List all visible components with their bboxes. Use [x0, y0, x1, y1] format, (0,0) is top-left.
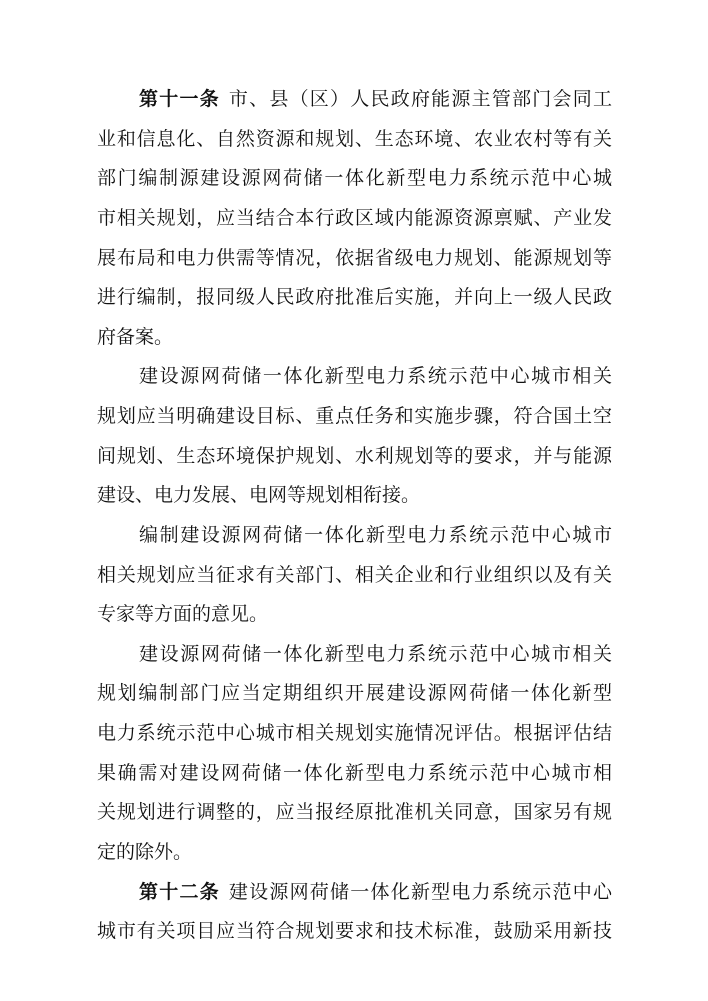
paragraph: 编制建设源网荷储一体化新型电力系统示范中心城市 相关规划应当征求有关部门、相关企…: [97, 516, 612, 635]
text-line: 展布局和电力供需等情况，依据省级电力规划、能源规划等: [97, 239, 612, 279]
text-line: 专家等方面的意见。: [97, 595, 612, 635]
text-line: 间规划、生态环境保护规划、水利规划等的要求，并与能源: [97, 437, 612, 477]
text-line: 果确需对建设网荷储一体化新型电力系统示范中心城市相: [97, 754, 612, 794]
paragraph: 第十二条建设源网荷储一体化新型电力系统示范中心 城市有关项目应当符合规划要求和技…: [97, 873, 612, 952]
text-line: 建设源网荷储一体化新型电力系统示范中心城市相关: [97, 635, 612, 675]
article-number-label: 第十一条: [139, 88, 220, 110]
text-line: 编制建设源网荷储一体化新型电力系统示范中心城市: [97, 516, 612, 556]
text-line: 相关规划应当征求有关部门、相关企业和行业组织以及有关: [97, 556, 612, 596]
line-text: 建设源网荷储一体化新型电力系统示范中心: [229, 881, 612, 903]
text-line: 市相关规划，应当结合本行政区域内能源资源禀赋、产业发: [97, 199, 612, 239]
text-line: 第十一条市、县（区）人民政府能源主管部门会同工: [97, 80, 612, 120]
text-line: 建设源网荷储一体化新型电力系统示范中心城市相关: [97, 357, 612, 397]
text-line: 府备案。: [97, 318, 612, 358]
paragraph: 第十一条市、县（区）人民政府能源主管部门会同工 业和信息化、自然资源和规划、生态…: [97, 80, 612, 357]
text-line: 定的除外。: [97, 833, 612, 873]
text-line: 规划编制部门应当定期组织开展建设源网荷储一体化新型: [97, 674, 612, 714]
text-line: 关规划进行调整的，应当报经原批准机关同意，国家另有规: [97, 793, 612, 833]
line-text: 市、县（区）人民政府能源主管部门会同工: [229, 88, 612, 110]
text-line: 规划应当明确建设目标、重点任务和实施步骤，符合国土空: [97, 397, 612, 437]
text-line: 部门编制源建设源网荷储一体化新型电力系统示范中心城: [97, 159, 612, 199]
paragraph: 建设源网荷储一体化新型电力系统示范中心城市相关 规划应当明确建设目标、重点任务和…: [97, 357, 612, 516]
document-page: 第十一条市、县（区）人民政府能源主管部门会同工 业和信息化、自然资源和规划、生态…: [0, 0, 708, 1001]
text-line: 建设、电力发展、电网等规划相衔接。: [97, 476, 612, 516]
text-line: 城市有关项目应当符合规划要求和技术标准，鼓励采用新技: [97, 912, 612, 952]
text-line: 电力系统示范中心城市相关规划实施情况评估。根据评估结: [97, 714, 612, 754]
text-line: 第十二条建设源网荷储一体化新型电力系统示范中心: [97, 873, 612, 913]
text-line: 业和信息化、自然资源和规划、生态环境、农业农村等有关: [97, 120, 612, 160]
article-number-label: 第十二条: [139, 881, 220, 903]
paragraph: 建设源网荷储一体化新型电力系统示范中心城市相关 规划编制部门应当定期组织开展建设…: [97, 635, 612, 873]
text-line: 进行编制，报同级人民政府批准后实施，并向上一级人民政: [97, 278, 612, 318]
